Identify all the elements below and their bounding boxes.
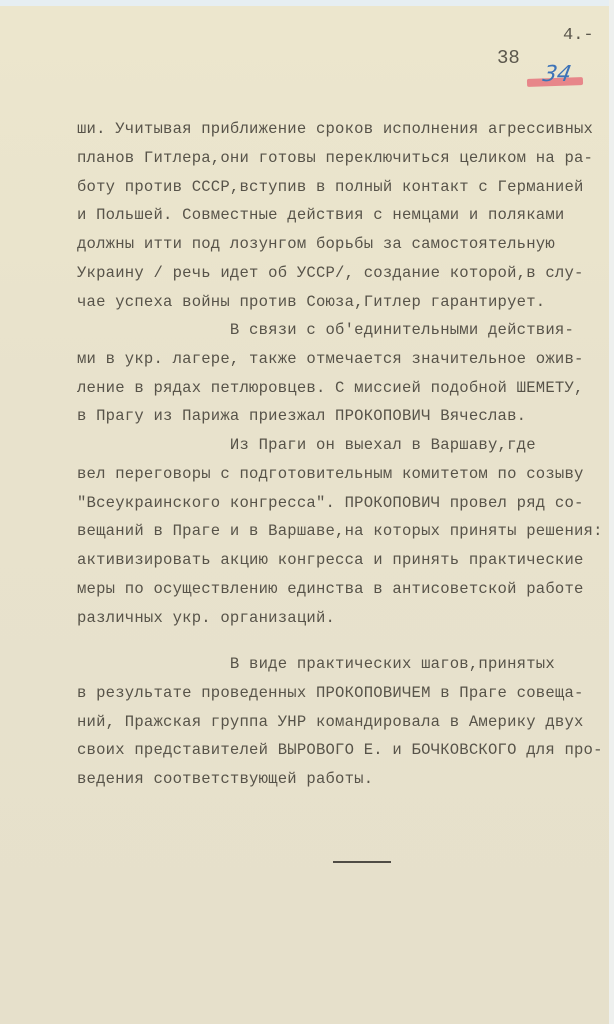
- text-line: меры по осуществлению единства в антисов…: [77, 575, 612, 604]
- text-line: должны итти под лозунгом борьбы за самос…: [77, 230, 612, 259]
- text-line: ление в рядах петлюровцев. С миссией под…: [77, 374, 612, 403]
- text-line: боту против СССР,вступив в полный контак…: [77, 173, 612, 202]
- text-line: различных укр. организаций.: [77, 604, 612, 633]
- page-number-typed: 38: [497, 47, 520, 69]
- text-line: в Прагу из Парижа приезжал ПРОКОПОВИЧ Вя…: [77, 402, 612, 431]
- text-line: и Польшей. Совместные действия с немцами…: [77, 201, 612, 230]
- paragraph-3: Из Праги он выехал в Варшаву,где вел пер…: [77, 431, 612, 633]
- text-line: ний, Пражская группа УНР командировала в…: [77, 708, 612, 737]
- text-line: в результате проведенных ПРОКОПОВИЧЕМ в …: [77, 679, 612, 708]
- paragraph-1: ши. Учитывая приближение сроков исполнен…: [77, 115, 612, 317]
- archive-number: 34: [541, 62, 573, 87]
- paragraph-2: В связи с об'единительными действия- ми …: [77, 316, 612, 431]
- text-line: планов Гитлера,они готовы переключиться …: [77, 144, 612, 173]
- text-line: В виде практических шагов,принятых: [77, 650, 612, 679]
- text-line: чае успеха войны против Союза,Гитлер гар…: [77, 288, 612, 317]
- text-line: В связи с об'единительными действия-: [77, 316, 612, 345]
- text-line: "Всеукраинского конгресса". ПРОКОПОВИЧ п…: [77, 489, 612, 518]
- text-line: активизировать акцию конгресса и принять…: [77, 546, 612, 575]
- text-line: Украину / речь идет об УССР/, создание к…: [77, 259, 612, 288]
- text-line: Из Праги он выехал в Варшаву,где: [77, 431, 612, 460]
- text-line: ши. Учитывая приближение сроков исполнен…: [77, 115, 612, 144]
- paragraph-4: В виде практических шагов,принятых в рез…: [77, 650, 612, 794]
- closing-rule: [333, 861, 391, 863]
- text-line: своих представителей ВЫРОВОГО Е. и БОЧКО…: [77, 736, 612, 765]
- text-line: ведения соответствующей работы.: [77, 765, 612, 794]
- text-line: вещаний в Праге и в Варшаве,на которых п…: [77, 517, 612, 546]
- page-number-top: 4.-: [563, 26, 594, 45]
- archive-number-mark: 34: [527, 64, 587, 94]
- text-line: вел переговоры с подготовительным комите…: [77, 460, 612, 489]
- text-line: ми в укр. лагере, также отмечается значи…: [77, 345, 612, 374]
